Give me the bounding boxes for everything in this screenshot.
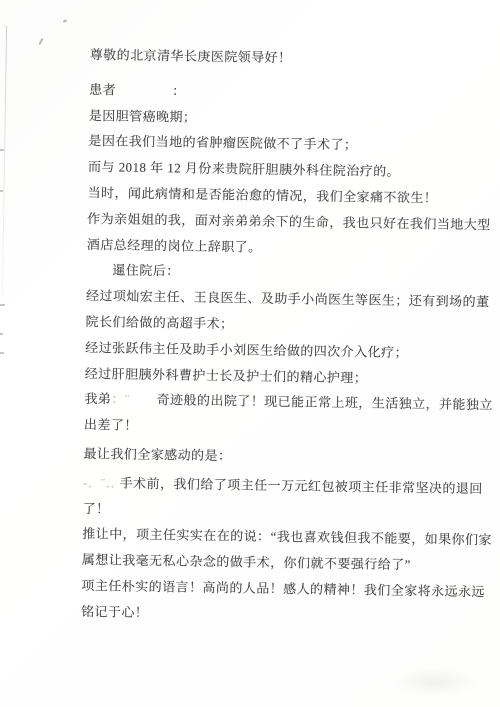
line-text: 是因胆管癌晚期； [89,108,197,125]
line-text: 院长们给做的高超手术； [85,314,233,331]
line-text: 是因在我们当地的省肿瘤医院做不了手术了； [88,133,357,152]
line-text: 手术前，我们给了项主任一万元红包被项主任非常坚决的退回 [120,475,483,496]
line-text: 奇迹般的出院了！现已能正常上班，生活独立，并能独立 [157,392,493,412]
line-text: ： [172,83,186,98]
line-text: 属想让我毫无私心杂念的做手术，你们就不要强行给了” [82,552,411,572]
line-text: 了！ [83,500,110,515]
paper-background: 尊敬的北京清华长庚医院领导好！患者：是因胆管癌晚期；是因在我们当地的省肿瘤医院做… [0,0,500,707]
line-text: 我弟 [84,391,111,406]
line-text: 而与 2018 年 12 月份来贵院肝胆胰外科住院治疗的。 [88,159,400,179]
pen-mark [38,38,43,45]
scan-edge-dash [0,352,4,354]
line-text: 推让中，项主任实实在在的说：“我也喜欢钱但我不能要，如果你们家 [82,526,492,547]
line-text: 项主任朴实的语言！高尚的人品！感人的精神！我们全家将永远永远 [81,578,485,599]
scan-edge-dash [0,333,3,335]
scan-edge-dash [0,190,3,192]
line-text: 尊敬的北京清华长庚医院领导好！ [90,47,292,65]
faint-redaction-mark: ：¨ [111,392,131,407]
scan-smudge [392,668,478,696]
line-text: 经过项灿宏主任、王良医生、及助手小尚医生等医生；还有到场的董 [86,288,490,309]
letter-body: 尊敬的北京清华长庚医院领导好！患者：是因胆管癌晚期；是因在我们当地的省肿瘤医院做… [81,42,475,631]
line-text: 作为亲姐姐的我，面对亲弟弟余下的生命，我也只好在我们当地大型 [87,211,491,232]
line-text: 经过张跃伟主任及助手小刘医生给做的四次介入化疗； [85,340,408,360]
redacted-gap [131,401,157,402]
line-text: 当时，闻此病情和是否能治愈的情况，我们全家痛不欲生！ [88,185,438,205]
line-text: 最让我们全家感动的是： [83,446,231,463]
pen-speck [63,19,67,22]
line-text: 暹住院后： [112,263,179,279]
line-text: 酒店总经理的岗位上辞职了。 [87,237,262,255]
scan-edge-dash [0,304,5,306]
letter-line: 最让我们全家感动的是： [83,441,468,473]
line-text: 铭记于心！ [81,604,148,620]
faint-redaction-mark: ¨‥ [101,475,116,490]
scan-edge-artifact [2,26,7,294]
line-text: 经过肝胆胰外科曹护士长及护士们的精心护理； [85,366,368,385]
scanned-letter-page: { "page": { "type": "scanned-letter", "l… [0,0,500,707]
scan-edge-dash [0,149,4,151]
letter-line: 尊敬的北京清华长庚医院领导好！ [90,42,475,74]
redacted-gap [93,483,101,484]
line-text: 患者 [89,82,116,97]
faint-redaction-mark: -. [83,475,93,490]
line-text: 出差了！ [84,417,138,433]
redacted-gap [116,91,172,93]
